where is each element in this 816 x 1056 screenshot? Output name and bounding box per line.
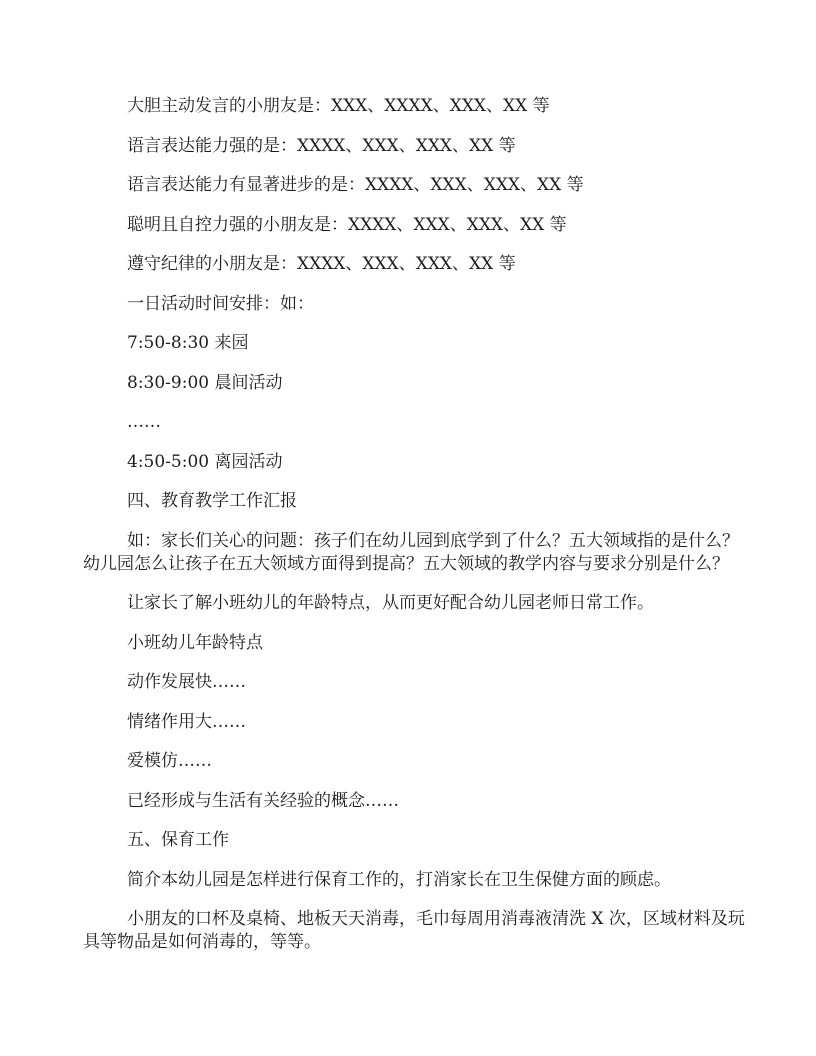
paragraph-language-strong: 语言表达能力强的是：XXXX、XXX、XXX、XX 等 (83, 135, 747, 158)
section-4-heading: 四、教育教学工作汇报 (83, 490, 747, 513)
trait-life-experience-concepts: 已经形成与生活有关经验的概念…… (83, 790, 747, 813)
trait-motor-development: 动作发展快…… (83, 671, 747, 694)
paragraph-age-traits-title: 小班幼儿年龄特点 (83, 632, 747, 655)
trait-emotion: 情绪作用大…… (83, 711, 747, 734)
paragraph-language-progress: 语言表达能力有显著进步的是：XXXX、XXX、XXX、XX 等 (83, 174, 747, 197)
paragraph-discipline: 遵守纪律的小朋友是：XXXX、XXX、XXX、XX 等 (83, 253, 747, 276)
schedule-ellipsis: …… (83, 411, 747, 434)
document-page: 大胆主动发言的小朋友是：XXX、XXXX、XXX、XX 等 语言表达能力强的是：… (0, 0, 816, 1056)
section-5-heading: 五、保育工作 (83, 829, 747, 852)
schedule-item-morning-activity: 8:30-9:00 晨间活动 (83, 372, 747, 395)
paragraph-disinfection-details: 小朋友的口杯及桌椅、地板天天消毒，毛巾每周用消毒液清洗 X 次，区域材料及玩具等… (83, 908, 747, 954)
paragraph-age-traits-intro: 让家长了解小班幼儿的年龄特点，从而更好配合幼儿园老师日常工作。 (83, 592, 747, 615)
schedule-item-arrival: 7:50-8:30 来园 (83, 332, 747, 355)
paragraph-care-work-intro: 简介本幼儿园是怎样进行保育工作的，打消家长在卫生保健方面的顾虑。 (83, 869, 747, 892)
paragraph-daily-schedule-intro: 一日活动时间安排：如： (83, 293, 747, 316)
document-body: 大胆主动发言的小朋友是：XXX、XXXX、XXX、XX 等 语言表达能力强的是：… (83, 95, 747, 971)
paragraph-self-control: 聪明且自控力强的小朋友是：XXXX、XXX、XXX、XX 等 (83, 214, 747, 237)
paragraph-parent-questions: 如：家长们关心的问题：孩子们在幼儿园到底学到了什么？五大领域指的是什么？幼儿园怎… (83, 530, 747, 576)
schedule-item-departure: 4:50-5:00 离园活动 (83, 451, 747, 474)
trait-imitation: 爱模仿…… (83, 750, 747, 773)
paragraph-bold-speakers: 大胆主动发言的小朋友是：XXX、XXXX、XXX、XX 等 (83, 95, 747, 118)
